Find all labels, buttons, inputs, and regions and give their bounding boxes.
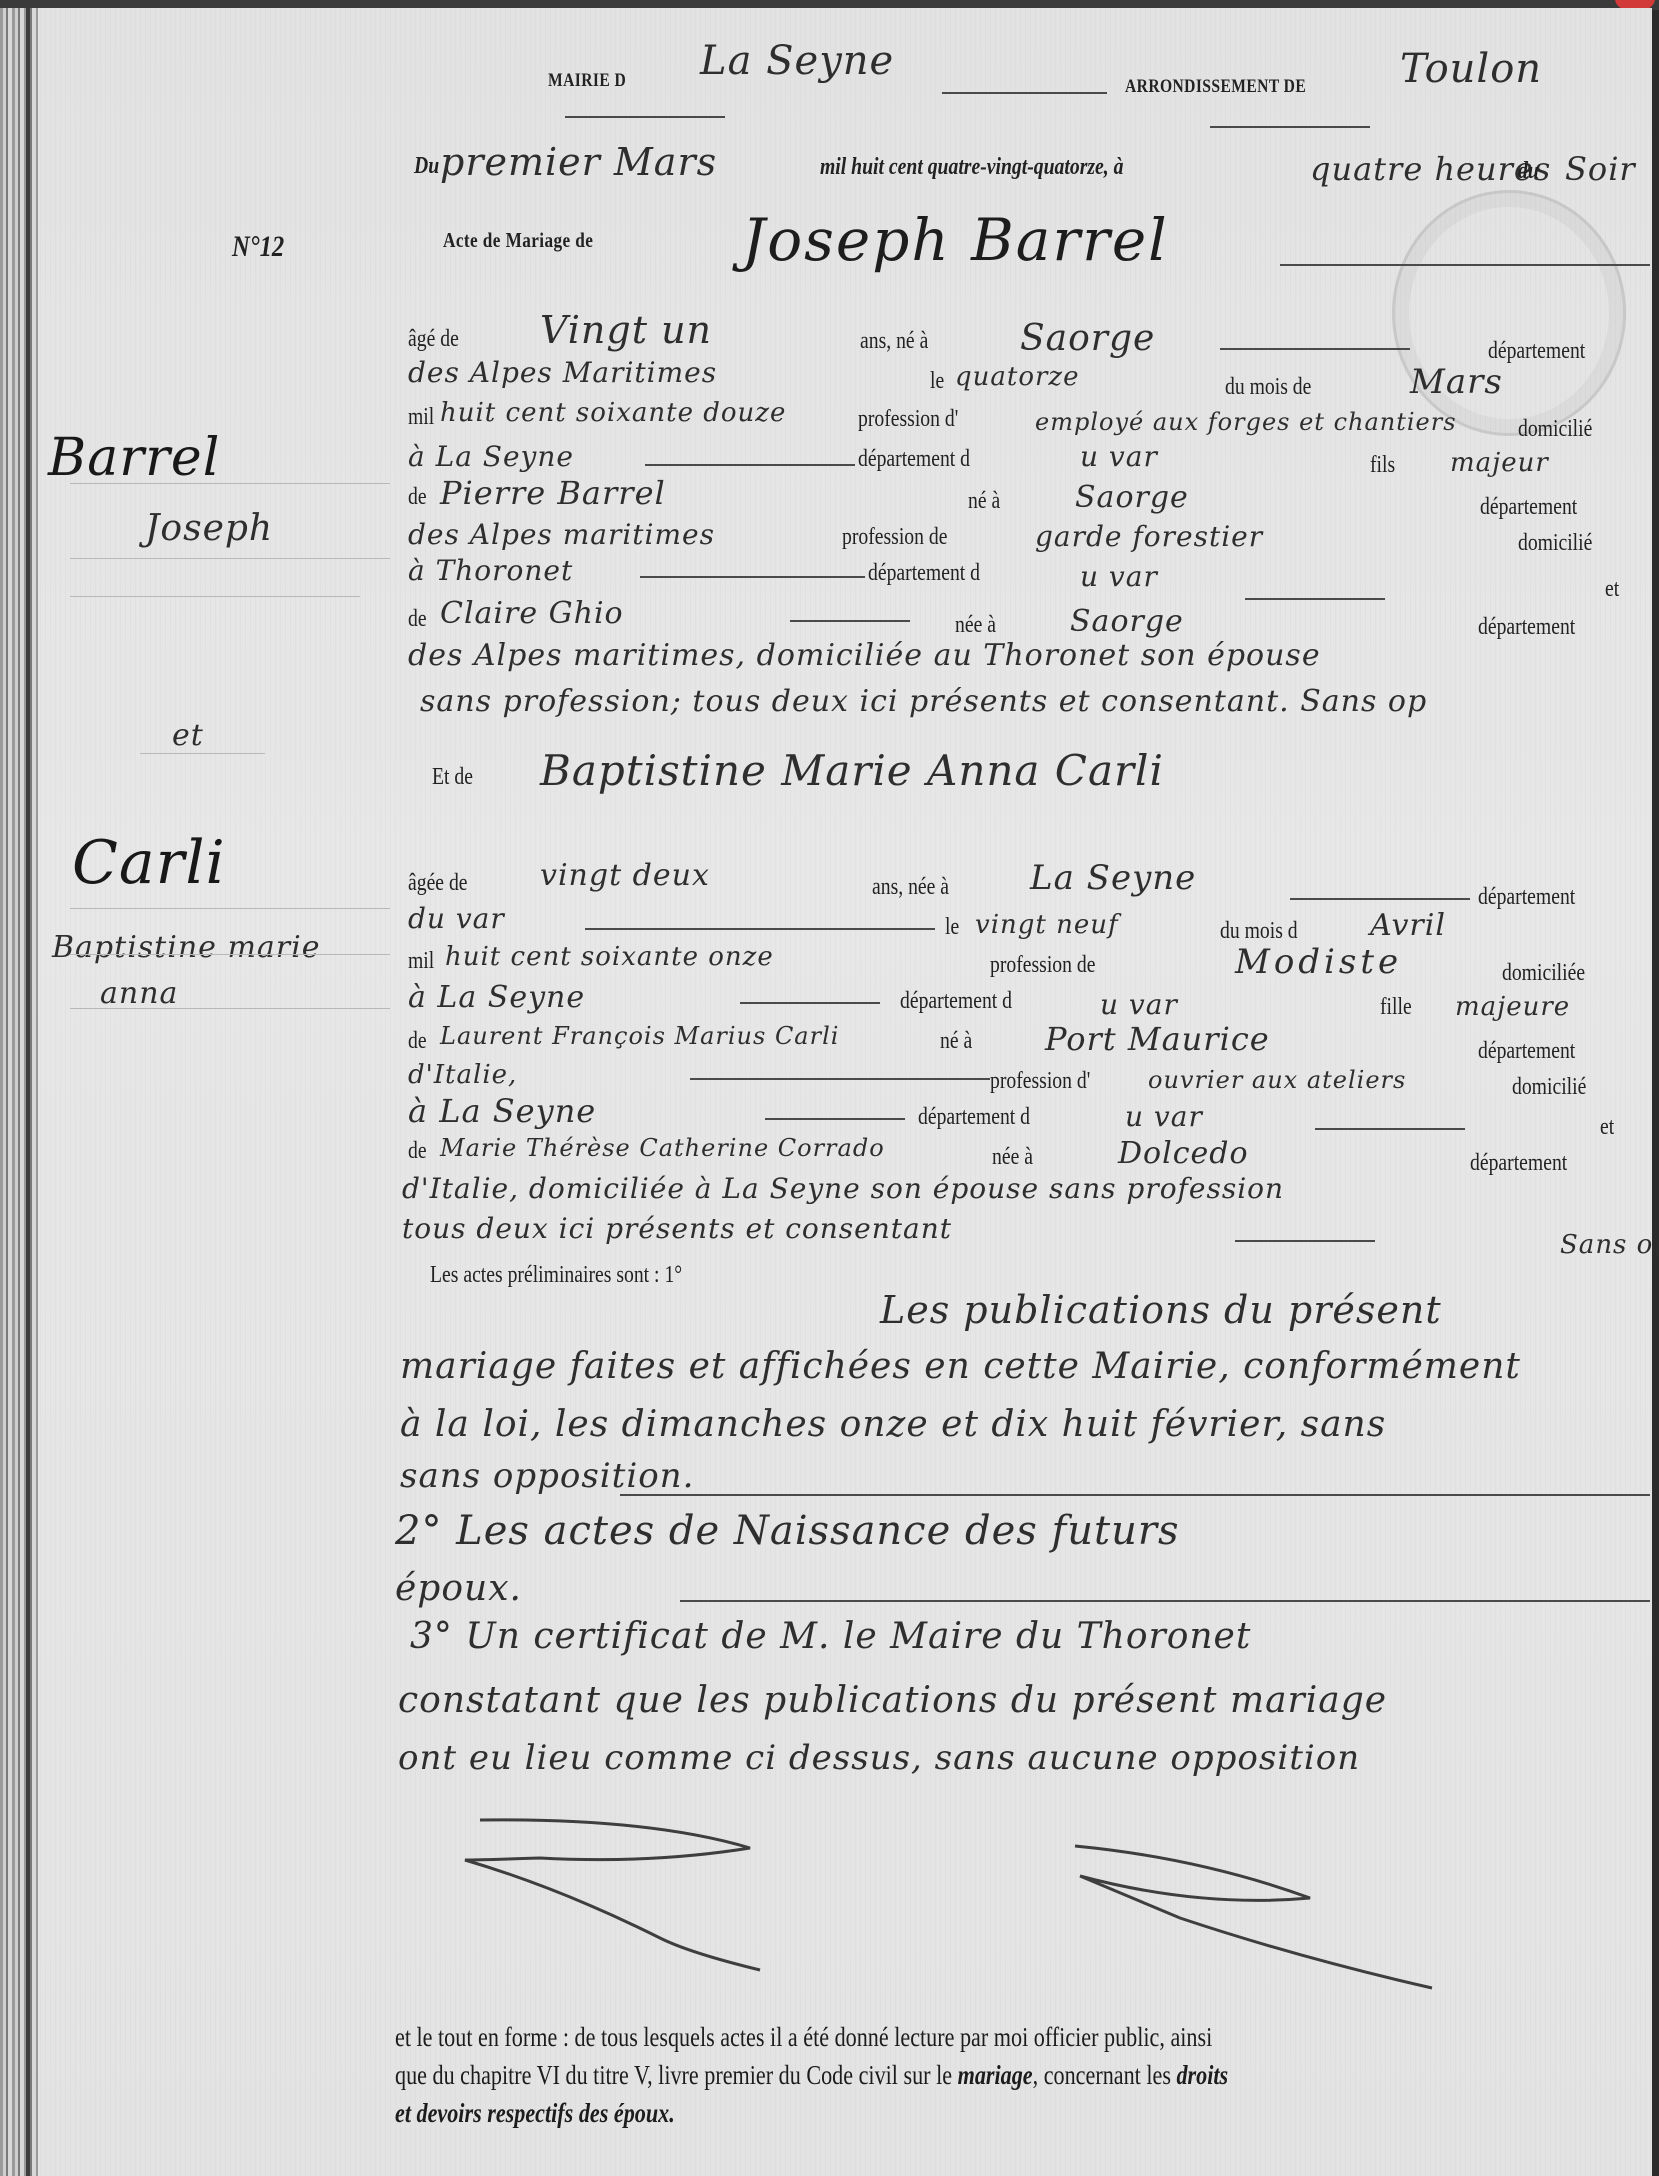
groom-father-profession: garde forestier: [1035, 520, 1263, 553]
text: mariage: [958, 2060, 1033, 2090]
label: de: [408, 606, 427, 633]
closing-line-3: et devoirs respectifs des époux.: [395, 2094, 1400, 2132]
groom-father-name: Pierre Barrel: [440, 474, 666, 512]
label: profession d': [858, 406, 958, 433]
label: département: [1480, 494, 1577, 521]
fill-line: [1315, 1128, 1465, 1130]
margin-bride-firstnames-1: Baptistine marie: [52, 930, 320, 965]
preliminary-item-2: 2° Les actes de Naissance des futurs: [395, 1508, 1180, 1554]
label: profession de: [990, 952, 1095, 979]
year-printed: mil huit cent quatre-vingt-quatorze, à: [820, 154, 1123, 181]
fill-line: [620, 1494, 1650, 1496]
label: de: [408, 1138, 427, 1165]
bride-birth-year: huit cent soixante onze: [445, 942, 774, 972]
groom-domicile: à La Seyne: [408, 440, 574, 473]
label: département: [1478, 1038, 1575, 1065]
label: née à: [992, 1144, 1033, 1171]
label: mil: [408, 948, 434, 975]
margin-rule: [70, 558, 390, 559]
label: né à: [940, 1028, 972, 1055]
label: né à: [968, 488, 1000, 515]
label: domicilié: [1518, 530, 1592, 557]
fill-line: [690, 1078, 990, 1080]
act-number: N°12: [232, 230, 284, 264]
label: domicilié: [1512, 1074, 1586, 1101]
binding-margin-line: [26, 8, 30, 2176]
label: département d: [868, 560, 980, 587]
margin-bride-surname: Carli: [72, 828, 226, 898]
preliminary-item-1-cont: à la loi, les dimanches onze et dix huit…: [400, 1404, 1386, 1445]
text: que du chapitre VI du titre V, livre pre…: [395, 2060, 958, 2090]
bride-name: Baptistine Marie Anna Carli: [540, 746, 1164, 795]
act-title: Acte de Mariage de: [443, 228, 593, 253]
fill-line: [942, 92, 1107, 94]
label: profession d': [990, 1068, 1090, 1095]
closing-paragraph: et le tout en forme : de tous lesquels a…: [395, 2018, 1400, 2132]
groom-domicile-dept: u var: [1080, 440, 1158, 473]
label: fille: [1380, 994, 1412, 1021]
preliminary-item-1-cont: mariage faites et affichées en cette Mai…: [400, 1346, 1521, 1387]
bride-birthplace: La Seyne: [1030, 858, 1196, 898]
margin-bride-firstnames-2: anna: [100, 976, 178, 1011]
label: département: [1478, 614, 1575, 641]
mairie-label: MAIRIE D: [548, 70, 626, 92]
time-of-day-label: du: [1518, 158, 1539, 185]
bride-father-birthplace: Port Maurice: [1045, 1020, 1270, 1058]
bride-mother-birthplace: Dolcedo: [1118, 1136, 1249, 1171]
label: du mois d: [1220, 918, 1298, 945]
label: et: [1600, 1114, 1614, 1141]
text: , concernant les: [1033, 2060, 1177, 2090]
bride-age: vingt deux: [540, 858, 710, 893]
label: département: [1470, 1150, 1567, 1177]
bride-profession: Modiste: [1235, 942, 1402, 982]
label: née à: [955, 612, 996, 639]
date-value: premier Mars: [440, 140, 717, 184]
margin-groom-surname: Barrel: [48, 428, 220, 488]
bride-father-domicile: à La Seyne: [408, 1092, 596, 1130]
label: de: [408, 484, 427, 511]
groom-father-dept: des Alpes maritimes: [408, 518, 715, 551]
bride-mother-name: Marie Thérèse Catherine Corrado: [440, 1134, 885, 1162]
fill-line: [585, 928, 935, 930]
bride-birth-day: vingt neuf: [975, 910, 1119, 940]
fill-line: [740, 1002, 880, 1004]
bride-relation: majeure: [1455, 992, 1570, 1022]
fill-line: [765, 1118, 905, 1120]
margin-groom-firstname: Joseph: [145, 508, 273, 549]
label: de: [408, 1028, 427, 1055]
groom-birth-month: Mars: [1410, 362, 1503, 402]
label: le: [945, 914, 959, 941]
preliminaries-label: Les actes préliminaires sont : 1°: [430, 1262, 682, 1289]
date-prefix: Du: [414, 153, 439, 180]
bride-dept: du var: [408, 902, 505, 935]
arrondissement-label: ARRONDISSEMENT DE: [1125, 76, 1306, 98]
margin-rule: [70, 596, 360, 597]
margin-rule: [140, 753, 265, 754]
groom-father-domicile-dept: u var: [1080, 560, 1158, 593]
groom-name: Joseph Barrel: [742, 206, 1169, 274]
bride-parents-consent: tous deux ici présents et consentant: [402, 1212, 952, 1245]
bride-father-name: Laurent François Marius Carli: [440, 1022, 839, 1050]
groom-profession: employé aux forges et chantiers: [1035, 408, 1457, 436]
label: ans, née à: [872, 874, 949, 901]
preliminary-item-1: Les publications du présent: [880, 1288, 1442, 1332]
label: âgé de: [408, 326, 459, 353]
closing-line-2: que du chapitre VI du titre V, livre pre…: [395, 2056, 1400, 2094]
groom-mother-birthplace: Saorge: [1070, 604, 1184, 639]
groom-mother-name: Claire Ghio: [440, 596, 624, 631]
fill-line: [790, 620, 910, 622]
label: le: [930, 368, 944, 395]
label: Et de: [432, 764, 473, 791]
hour-value: quatre heures: [1310, 150, 1551, 188]
fill-line: [1220, 348, 1410, 350]
fill-line: [1290, 898, 1470, 900]
fill-line: [565, 116, 725, 118]
label: domiciliée: [1502, 960, 1585, 987]
closing-line-1: et le tout en forme : de tous lesquels a…: [395, 2018, 1400, 2056]
groom-birthplace: Saorge: [1020, 318, 1155, 359]
bride-birth-month: Avril: [1370, 908, 1446, 943]
groom-mother-details: des Alpes maritimes, domiciliée au Thoro…: [408, 638, 1321, 673]
label: département d: [900, 988, 1012, 1015]
margin-rule: [70, 908, 390, 909]
label: profession de: [842, 524, 947, 551]
preliminary-item-3-cont: constatant que les publications du prése…: [398, 1680, 1387, 1721]
fill-line: [1210, 126, 1370, 128]
preliminary-item-3: 3° Un certificat de M. le Maire du Thoro…: [410, 1616, 1251, 1657]
label: mil: [408, 404, 434, 431]
groom-parents-consent: sans profession; tous deux ici présents …: [420, 684, 1427, 719]
label: âgée de: [408, 870, 468, 897]
register-page: MAIRIE D La Seyne ARRONDISSEMENT DE Toul…: [0, 8, 1652, 2176]
label: département d: [918, 1104, 1030, 1131]
margin-rule: [70, 1008, 390, 1009]
preliminary-item-2-cont: époux.: [395, 1568, 522, 1609]
fill-line: [645, 464, 855, 466]
mairie-value: La Seyne: [700, 38, 894, 84]
text: droits: [1176, 2060, 1228, 2090]
page-binding: [0, 8, 38, 2176]
groom-father-domicile: à Thoronet: [408, 554, 573, 587]
label: et: [1605, 576, 1619, 603]
fill-line: [1235, 1240, 1375, 1242]
margin-conjunction: et: [172, 718, 204, 753]
label: département: [1478, 884, 1575, 911]
groom-birth-day: quatorze: [955, 362, 1080, 392]
bride-father-dept: d'Italie,: [408, 1060, 517, 1090]
bride-domicile: à La Seyne: [408, 980, 585, 1015]
fill-line: [1280, 264, 1650, 266]
margin-rule: [70, 483, 390, 484]
label: département d: [858, 446, 970, 473]
margin-rule: [70, 954, 390, 955]
bride-domicile-dept: u var: [1100, 988, 1178, 1021]
label: ans, né à: [860, 328, 928, 355]
fill-line: [1245, 598, 1385, 600]
signatures: [420, 1798, 1620, 2018]
label: fils: [1370, 452, 1395, 479]
groom-birth-year: huit cent soixante douze: [440, 398, 786, 428]
groom-dept: des Alpes Maritimes: [408, 356, 717, 389]
label: domicilié: [1518, 416, 1592, 443]
preliminary-item-3-cont: ont eu lieu comme ci dessus, sans aucune…: [398, 1738, 1360, 1778]
label: département: [1488, 338, 1585, 365]
groom-father-birthplace: Saorge: [1075, 480, 1189, 515]
time-of-day-value: Soir: [1565, 150, 1636, 188]
bride-father-domicile-dept: u var: [1125, 1100, 1203, 1133]
label: du mois de: [1225, 374, 1311, 401]
bride-father-profession: ouvrier aux ateliers: [1148, 1066, 1406, 1094]
groom-relation: majeur: [1450, 448, 1549, 478]
fill-line: [680, 1600, 1650, 1602]
fill-line: [640, 576, 865, 578]
bride-consent-tail: Sans op: [1560, 1230, 1659, 1260]
groom-age: Vingt un: [540, 308, 712, 352]
bride-mother-details: d'Italie, domiciliée à La Seyne son épou…: [402, 1172, 1284, 1205]
preliminary-item-1-cont: sans opposition.: [400, 1456, 694, 1496]
arrondissement-value: Toulon: [1400, 46, 1542, 92]
